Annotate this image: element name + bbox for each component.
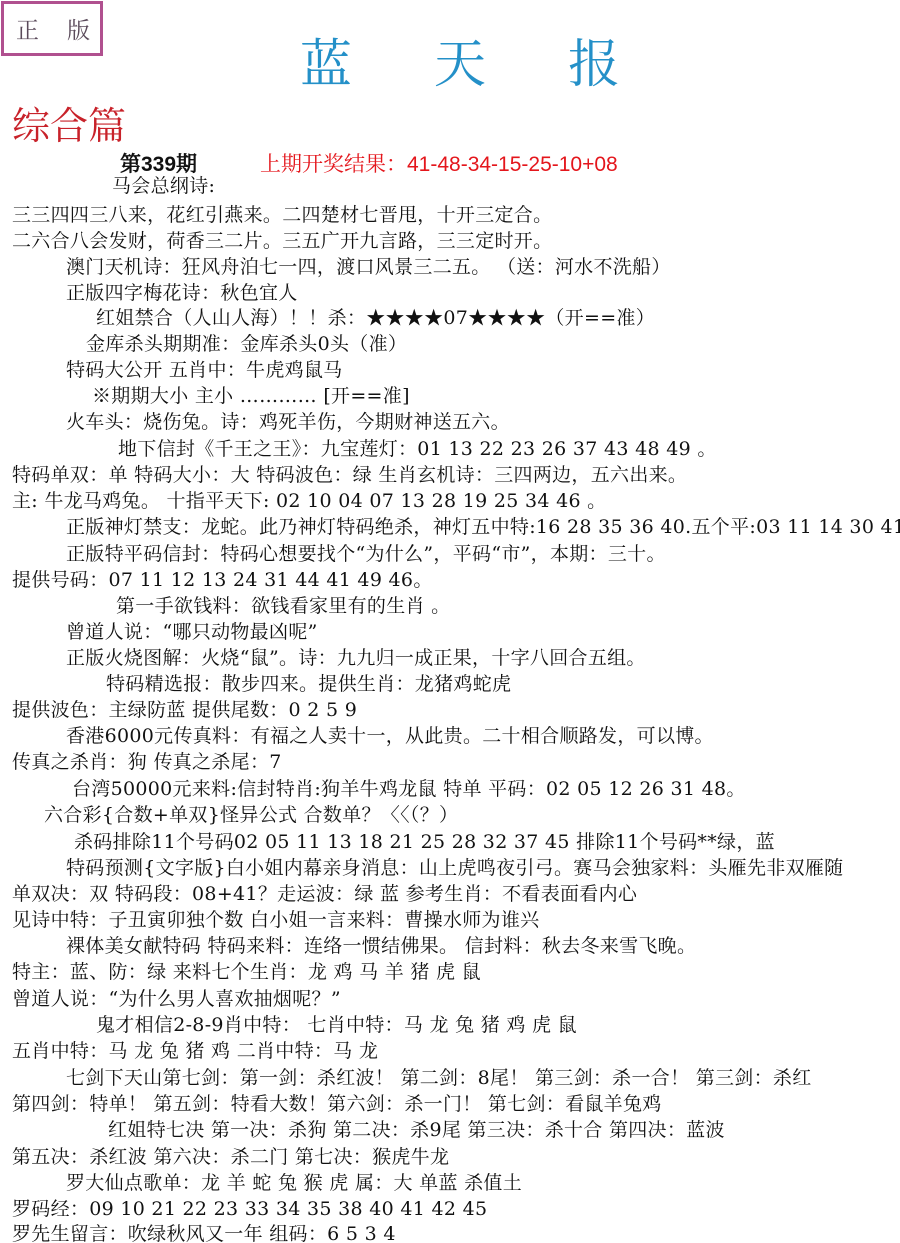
text-line: 正版特平码信封：特码心想要找个“为什么”，平码“市”，本期：三十。 [66,542,666,566]
text-line: 提供号码：07 11 12 13 24 31 44 41 49 46。 [12,568,433,592]
text-line: 鬼才相信2-8-9肖中特： 七肖中特：马 龙 兔 猪 鸡 虎 鼠 [96,1013,577,1037]
text-line: 红姐特七决 第一决：杀狗 第二决：杀9尾 第三决：杀十合 第四决：蓝波 [108,1118,725,1142]
text-line: 罗先生留言：吹绿秋风又一年 组码：6 5 3 4 [12,1222,396,1243]
masthead-char-2: 天 [434,22,486,97]
masthead-char-3: 报 [568,22,620,97]
text-line: ※期期大小 主小 ………… [开==准] [92,384,410,408]
text-line: 罗码经：09 10 21 22 23 33 34 35 38 40 41 42 … [12,1197,487,1221]
text-line: 地下信封《千王之王》：九宝莲灯：01 13 22 23 26 37 43 48 … [118,437,717,461]
text-line: 曾道人说：“哪只动物最凶呢” [66,620,318,644]
text-line: 正版四字梅花诗：秋色宜人 [66,281,298,305]
last-draw-numbers: 41-48-34-15-25-10+08 [407,153,618,176]
text-line: 马会总纲诗: [112,174,215,198]
text-line: 单双决：双 特码段：08+41？走运波：绿 蓝 参考生肖：不看表面看内心 [12,882,637,906]
last-draw-result: 上期开奖结果：41-48-34-15-25-10+08 [260,148,618,178]
text-line: 主: 牛龙马鸡兔。 十指平天下: 02 10 04 07 13 28 19 25… [12,489,607,513]
text-line: 曾道人说：“为什么男人喜欢抽烟呢？” [12,987,341,1011]
text-line: 三三四四三八来，花红引燕来。二四楚材七晋甩，十开三定合。 [12,203,552,227]
text-line: 正版火烧图解：火烧“鼠”。诗：九九归一成正果，十字八回合五组。 [66,646,646,670]
text-line: 六合彩{合数+单双}怪异公式 合数单？〈〈（？） [44,803,458,827]
text-line: 特码精选报：散步四来。提供生肖：龙猪鸡蛇虎 [106,672,511,696]
text-line: 第四剑：特单！ 第五剑：特看大数！第六剑：杀一门！ 第七剑：看鼠羊兔鸡 [12,1092,662,1116]
text-line: 第一手欲钱料：欲钱看家里有的生肖 。 [116,594,450,618]
text-line: 裸体美女献特码 特码来料：连络一惯结佛果。 信封料：秋去冬来雪飞晚。 [66,934,696,958]
text-line: 见诗中特：子丑寅卯独个数 白小姐一言来料：曹操水师为谁兴 [12,908,539,932]
text-line: 第五决：杀红波 第六决：杀二门 第七决：猴虎牛龙 [12,1145,449,1169]
text-line: 特主：蓝、防：绿 来料七个生肖：龙 鸡 马 羊 猪 虎 鼠 [12,960,481,984]
text-line: 特码预测{文字版}白小姐内幕亲身消息：山上虎鸣夜引弓。赛马会独家料：头雁先非双雁… [66,856,843,880]
masthead-char-1: 蓝 [300,22,352,97]
last-draw-label: 上期开奖结果： [260,153,407,176]
text-line: 红姐禁合（人山人海）！！杀：★★★★07★★★★（开==准） [96,306,655,330]
masthead-title: 蓝 天 报 [300,22,620,97]
text-line: 台湾50000元来料:信封特肖:狗羊牛鸡龙鼠 特单 平码：02 05 12 26… [72,777,746,801]
text-line: 香港6000元传真料：有福之人卖十一，从此贵。二十相合顺路发，可以博。 [66,724,714,748]
text-line: 二六合八会发财，荷香三二片。三五广开九言路，三三定时开。 [12,229,552,253]
text-line: 五肖中特：马 龙 兔 猪 鸡 二肖中特：马 龙 [12,1039,378,1063]
badge-left-char: 正 [16,12,39,45]
text-line: 特码大公开 五肖中：牛虎鸡鼠马 [66,358,343,382]
text-line: 杀码排除11个号码02 05 11 13 18 21 25 28 32 37 4… [74,830,775,854]
authentic-edition-badge: 正 版 [1,1,103,56]
text-line: 正版神灯禁支：龙蛇。此乃神灯特码绝杀，神灯五中特:16 28 35 36 40.… [66,515,900,539]
text-line: 七剑下天山第七剑：第一剑：杀红波！ 第二剑：8尾！ 第三剑：杀一合！ 第三剑：杀… [66,1066,812,1090]
text-line: 罗大仙点歌单：龙 羊 蛇 兔 猴 虎 属：大 单蓝 杀值土 [66,1171,522,1195]
text-line: 特码单双：单 特码大小：大 特码波色：绿 生肖玄机诗：三四两边，五六出来。 [12,463,687,487]
text-line: 金库杀头期期准：金库杀头0头（准） [86,332,407,356]
text-line: 澳门天机诗：狂风舟泊七一四，渡口风景三二五。 （送：河水不洗船） [66,255,671,279]
badge-right-char: 版 [67,12,90,45]
text-line: 传真之杀肖：狗 传真之杀尾：7 [12,750,282,774]
section-title: 综合篇 [12,95,126,150]
text-line: 提供波色：主绿防蓝 提供尾数：0 2 5 9 [12,698,357,722]
text-line: 火车头：烧伤兔。诗：鸡死羊伤，今期财神送五六。 [66,410,510,434]
